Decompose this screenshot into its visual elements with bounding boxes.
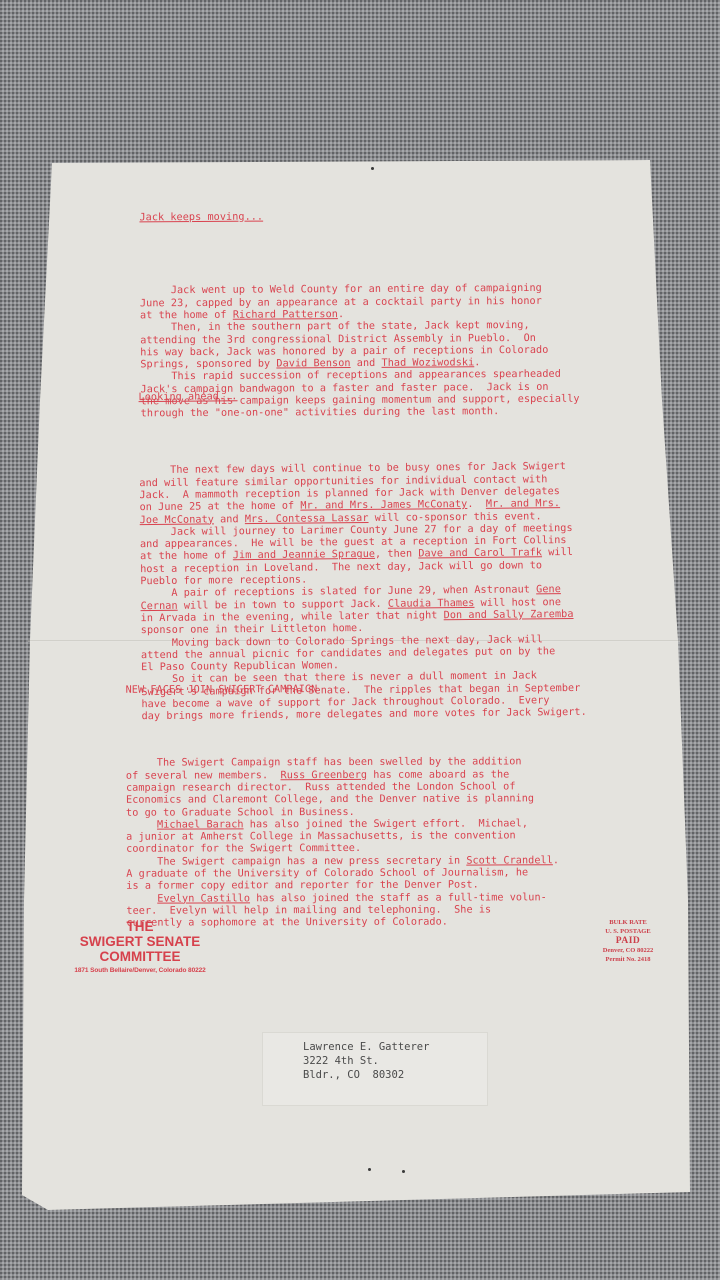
underlined-name: Cernan <box>140 600 177 611</box>
text-run: sponsor one in their Littleton home. <box>141 623 364 636</box>
text-run: will <box>542 547 573 558</box>
text-run: Then, in the southern part of the state,… <box>140 320 530 333</box>
underlined-name: Mrs. Contessa Lassar <box>245 513 369 525</box>
text-run: to go to Graduate School in Business. <box>126 807 355 819</box>
text-run <box>126 893 157 904</box>
text-run: will co-sponsor this event. <box>368 511 541 524</box>
staple-mark <box>371 167 374 170</box>
mailing-label: Lawrence E. Gatterer 3222 4th St. Bldr.,… <box>263 1033 487 1105</box>
text-run <box>126 820 157 831</box>
underlined-name: Richard Patterson <box>233 309 338 321</box>
return-address-block: THE SWIGERT SENATE COMMITTEE 1871 South … <box>45 919 235 974</box>
text-line: Economics and Claremont College, and the… <box>126 794 559 808</box>
text-run: The Swigert campaign has a new press sec… <box>126 855 466 867</box>
committee-address: 1871 South Bellaire/Denver, Colorado 802… <box>45 967 235 974</box>
underlined-name: Mr. and Mrs. <box>486 498 560 510</box>
postage-permit: Permit No. 2418 <box>586 956 670 965</box>
text-run: coordinator for the Swigert Committee. <box>126 843 361 855</box>
committee-name-line1: THE <box>45 919 235 934</box>
underlined-name: Evelyn Castillo <box>157 893 250 904</box>
postage-city: Denver, CO 80222 <box>586 947 670 956</box>
underlined-name: Joe McConaty <box>140 514 214 526</box>
section-new-faces: NEW FACES JOIN SWIGERT CAMPAIGN The Swig… <box>126 658 560 942</box>
underlined-name: Russ Greenberg <box>280 770 367 781</box>
committee-name-line2: SWIGERT SENATE <box>45 934 235 949</box>
text-run: Pueblo for more receptions. <box>140 575 307 588</box>
text-line: Evelyn Castillo has also joined the staf… <box>126 892 559 906</box>
text-run: The Swigert Campaign staff has been swel… <box>126 757 522 769</box>
postage-indicia: BULK RATE U. S. POSTAGE PAID Denver, CO … <box>586 919 670 964</box>
text-run: . <box>553 855 559 866</box>
text-run: a junior at Amherst College in Massachus… <box>126 831 516 843</box>
underlined-name: Dave and Carol Trafk <box>418 548 542 560</box>
section-heading: Jack keeps moving... <box>139 209 578 224</box>
text-run: June 23, capped by an appearance at a co… <box>140 296 542 309</box>
underlined-name: Scott Crandell <box>466 855 553 866</box>
section-heading: NEW FACES JOIN SWIGERT CAMPAIGN <box>126 683 559 697</box>
text-run: has also joined the Swigert effort. Mich… <box>244 818 528 830</box>
text-run: A graduate of the University of Colorado… <box>126 867 528 879</box>
underlined-name: Claudia Thames <box>388 598 475 610</box>
staple-mark <box>402 1170 405 1173</box>
underlined-name: Gene <box>536 584 561 595</box>
text-run: has also joined the staff as a full-time… <box>250 892 547 904</box>
text-run: campaign research director. Russ attende… <box>126 781 516 793</box>
text-run: will host one <box>474 597 561 609</box>
text-run: , then <box>375 549 418 560</box>
postage-us-postage: U. S. POSTAGE <box>586 928 670 937</box>
text-run: of several new members. <box>126 770 281 782</box>
text-run: Economics and Claremont College, and the… <box>126 794 534 806</box>
committee-name-line3: COMMITTEE <box>45 949 235 964</box>
section-body: The Swigert Campaign staff has been swel… <box>126 757 559 931</box>
text-run: in Arvada in the evening, while later th… <box>141 610 444 624</box>
underlined-name: Don and Sally Zaremba <box>444 609 574 621</box>
text-run: teer. Evelyn will help in mailing and te… <box>126 904 491 916</box>
text-line: a junior at Amherst College in Massachus… <box>126 830 559 844</box>
section-heading: Looking ahead... <box>138 387 583 404</box>
text-run: and <box>214 514 245 525</box>
staple-mark <box>368 1168 371 1171</box>
recipient-city-state-zip: Bldr., CO 80302 <box>303 1069 404 1081</box>
recipient-name: Lawrence E. Gatterer <box>303 1041 429 1053</box>
text-line: A graduate of the University of Colorado… <box>126 867 559 881</box>
underlined-name: Mr. and Mrs. James McConaty <box>300 499 467 512</box>
text-run: at the home of <box>140 310 233 322</box>
postage-paid: PAID <box>586 936 670 947</box>
text-run: . <box>338 309 344 320</box>
text-run: his way back, Jack was honored by a pair… <box>140 345 548 358</box>
text-run: will be in town to support Jack. <box>178 598 388 611</box>
text-run: attending the 3rd congressional District… <box>140 332 536 345</box>
text-run: on June 25 at the home of <box>140 501 301 514</box>
postage-bulk-rate: BULK RATE <box>586 919 670 928</box>
text-run: has come aboard as the <box>367 769 509 780</box>
recipient-street: 3222 4th St. <box>303 1055 379 1067</box>
text-run: is a former copy editor and reporter for… <box>126 880 478 892</box>
text-run: . <box>467 499 486 510</box>
underlined-name: Michael Barach <box>157 819 244 830</box>
underlined-name: Jim and Jeannie Sprague <box>233 549 375 561</box>
text-run: at the home of <box>140 551 233 563</box>
text-run: Jack went up to Weld County for an entir… <box>140 283 542 296</box>
